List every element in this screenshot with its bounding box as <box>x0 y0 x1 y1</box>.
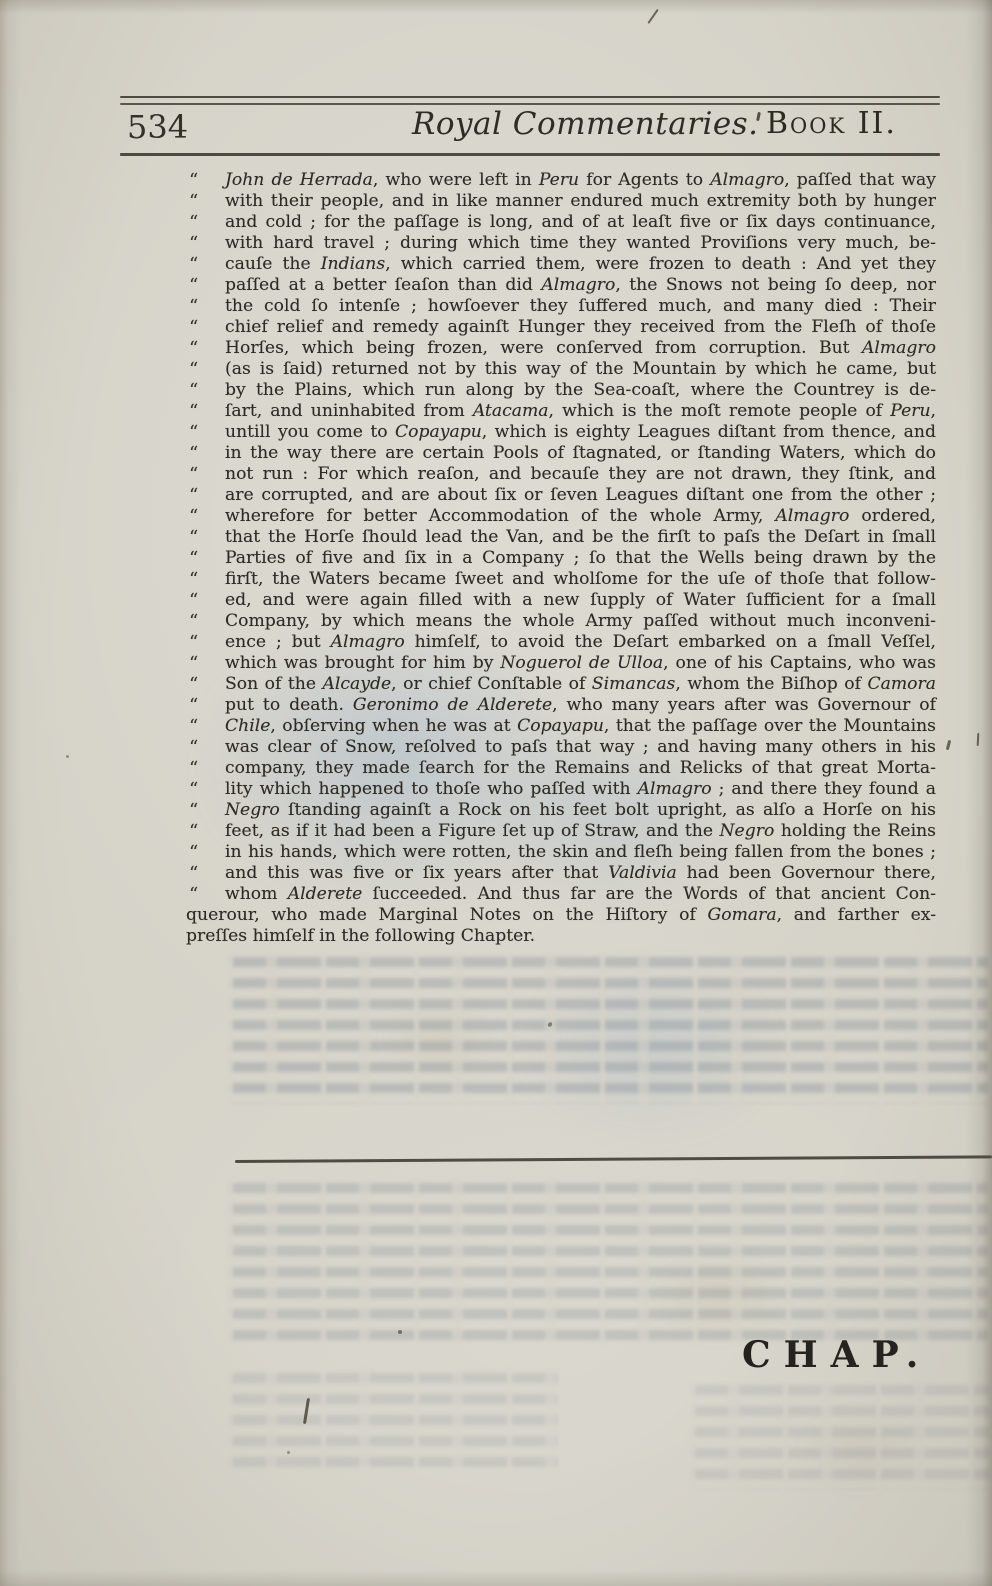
quote-mark: “ <box>186 443 225 464</box>
line-text: feet, as if it had been a Figure ſet up … <box>225 821 936 842</box>
quote-mark: “ <box>186 758 225 779</box>
quote-mark: “ <box>186 590 225 611</box>
text-line: “cauſe the Indians, which carried them, … <box>186 254 936 275</box>
line-text: ed, and were again filled with a new ſup… <box>225 590 936 611</box>
quote-mark: “ <box>186 674 225 695</box>
text-line: “with their people, and in like manner e… <box>186 191 936 212</box>
quote-mark: “ <box>186 842 225 863</box>
line-text: Negro ſtanding againſt a Rock on his fee… <box>225 800 936 821</box>
ink-speck <box>547 1021 553 1027</box>
line-text: with hard travel ; during which time the… <box>225 233 936 254</box>
text-line: “that the Horſe ſhould lead the Van, and… <box>186 527 936 548</box>
quote-mark: “ <box>186 191 225 212</box>
text-line: “and this was five or ſix years after th… <box>186 863 936 884</box>
bleed-through-text <box>228 1368 558 1468</box>
line-text: company, they made ſearch for the Remain… <box>225 758 936 779</box>
quote-mark: “ <box>186 737 225 758</box>
book-label: Book II. <box>766 106 897 141</box>
quote-mark: “ <box>186 527 225 548</box>
quote-mark: “ <box>186 170 225 191</box>
line-text: ence ; but Almagro himſelf, to avoid the… <box>225 632 936 653</box>
ink-mark <box>977 733 980 746</box>
text-line: “in the way there are certain Pools of ſ… <box>186 443 936 464</box>
text-line: “was clear of Snow, reſolved to paſs tha… <box>186 737 936 758</box>
text-line: “and cold ; for the paſſage is long, and… <box>186 212 936 233</box>
quote-mark: “ <box>186 359 225 380</box>
quote-mark: “ <box>186 821 225 842</box>
quote-mark: “ <box>186 695 225 716</box>
quote-mark: “ <box>186 317 225 338</box>
ink-speck <box>398 1330 402 1334</box>
quote-mark: “ <box>186 254 225 275</box>
bleed-through-text <box>690 1380 990 1490</box>
line-text: not run : For which reaſon, and becauſe … <box>225 464 936 485</box>
line-text: chief relief and remedy againſt Hunger t… <box>225 317 936 338</box>
text-line: “in his hands, which were rotten, the sk… <box>186 842 936 863</box>
quote-mark: “ <box>186 569 225 590</box>
quote-mark: “ <box>186 548 225 569</box>
catchword: CHAP. <box>742 1334 931 1376</box>
paper-stain <box>380 1000 500 1080</box>
quote-mark: “ <box>186 716 225 737</box>
line-text: in the way there are certain Pools of ſt… <box>225 443 936 464</box>
quote-mark: “ <box>186 653 225 674</box>
section-rule <box>235 1155 992 1163</box>
pen-mark <box>647 9 659 24</box>
header-top-rule <box>120 96 940 98</box>
text-line: “wherefore for better Accommodation of t… <box>186 506 936 527</box>
bleed-through-text <box>228 952 988 1104</box>
quote-mark: “ <box>186 863 225 884</box>
line-text: querour, who made Marginal Notes on the … <box>186 905 936 926</box>
quote-mark: “ <box>186 506 225 527</box>
text-line: “paſſed at a better ſeaſon than did Alma… <box>186 275 936 296</box>
pen-mark <box>303 1398 310 1424</box>
text-line: “ence ; but Almagro himſelf, to avoid th… <box>186 632 936 653</box>
library-stamp-showthrough <box>520 960 780 1140</box>
text-line: “Company, by which means the whole Army … <box>186 611 936 632</box>
line-text: the cold ſo intenſe ; howſoever they ſuf… <box>225 296 936 317</box>
text-line: “company, they made ſearch for the Remai… <box>186 758 936 779</box>
line-text: Horſes, which being frozen, were conſerv… <box>225 338 936 359</box>
line-text: Chile, obſerving when he was at Copayapu… <box>225 716 936 737</box>
text-line: “lity which happened to thoſe who paſſed… <box>186 779 936 800</box>
quote-mark: “ <box>186 296 225 317</box>
text-line: “whom Alderete ſucceeded. And thus far a… <box>186 884 936 905</box>
header-bottom-rule <box>120 153 940 156</box>
text-line: “firſt, the Waters became ſweet and whol… <box>186 569 936 590</box>
line-text: ſart, and uninhabited from Atacama, whic… <box>225 401 936 422</box>
line-text: and cold ; for the paſſage is long, and … <box>225 212 936 233</box>
quote-mark: “ <box>186 401 225 422</box>
header-top-rule-second <box>120 103 940 105</box>
quote-mark: “ <box>186 233 225 254</box>
line-text: cauſe the Indians, which carried them, w… <box>225 254 936 275</box>
text-line: preſſes himſelf in the following Chapter… <box>186 926 936 947</box>
line-text: firſt, the Waters became ſweet and wholſ… <box>225 569 936 590</box>
paper-stain <box>650 1250 790 1340</box>
text-line: “(as is ſaid) returned not by this way o… <box>186 359 936 380</box>
line-text: untill you come to Copayapu, which is ei… <box>225 422 936 443</box>
line-text: which was brought for him by Noguerol de… <box>225 653 936 674</box>
quote-mark: “ <box>186 779 225 800</box>
text-line: “chief relief and remedy againſt Hunger … <box>186 317 936 338</box>
line-text: Company, by which means the whole Army p… <box>225 611 936 632</box>
text-line: “with hard travel ; during which time th… <box>186 233 936 254</box>
text-line: “untill you come to Copayapu, which is e… <box>186 422 936 443</box>
text-line: “Chile, obſerving when he was at Copayap… <box>186 716 936 737</box>
text-line: “Negro ſtanding againſt a Rock on his fe… <box>186 800 936 821</box>
quote-mark: “ <box>186 611 225 632</box>
line-text: put to death. Geronimo de Alderete, who … <box>225 695 936 716</box>
page-number: 534 <box>127 108 188 146</box>
bleed-through-text <box>228 1178 988 1343</box>
line-text: Parties of five and ſix in a Company ; ſ… <box>225 548 936 569</box>
running-title: Royal Commentaries. <box>412 106 759 142</box>
text-line: querour, who made Marginal Notes on the … <box>186 905 936 926</box>
quote-mark: “ <box>186 884 225 905</box>
book-page: 534 Royal Commentaries. Book II. “John d… <box>0 0 992 1586</box>
line-text: John de Herrada, who were left in Peru f… <box>225 170 936 191</box>
quote-mark: “ <box>186 632 225 653</box>
text-line: “are corrupted, and are about ſix or ſev… <box>186 485 936 506</box>
line-text: was clear of Snow, reſolved to paſs that… <box>225 737 936 758</box>
line-text: that the Horſe ſhould lead the Van, and … <box>225 527 936 548</box>
quote-mark: “ <box>186 800 225 821</box>
line-text: and this was five or ſix years after tha… <box>225 863 936 884</box>
text-line: “ed, and were again filled with a new ſu… <box>186 590 936 611</box>
line-text: in his hands, which were rotten, the ski… <box>225 842 936 863</box>
line-text: whom Alderete ſucceeded. And thus far ar… <box>225 884 936 905</box>
quote-mark: “ <box>186 275 225 296</box>
text-line: “the cold ſo intenſe ; howſoever they ſu… <box>186 296 936 317</box>
text-block: “John de Herrada, who were left in Peru … <box>186 170 936 947</box>
quote-mark: “ <box>186 485 225 506</box>
text-line: “feet, as if it had been a Figure ſet up… <box>186 821 936 842</box>
line-text: by the Plains, which run along by the Se… <box>225 380 936 401</box>
line-text: wherefore for better Accommodation of th… <box>225 506 936 527</box>
text-line: “not run : For which reaſon, and becauſe… <box>186 464 936 485</box>
text-line: “which was brought for him by Noguerol d… <box>186 653 936 674</box>
text-line: “ſart, and uninhabited from Atacama, whi… <box>186 401 936 422</box>
ink-speck <box>287 1451 290 1454</box>
quote-mark: “ <box>186 380 225 401</box>
line-text: lity which happened to thoſe who paſſed … <box>225 779 936 800</box>
line-text: (as is ſaid) returned not by this way of… <box>225 359 936 380</box>
text-line: “Son of the Alcayde, or chief Conſtable … <box>186 674 936 695</box>
text-line: “Parties of five and ſix in a Company ; … <box>186 548 936 569</box>
ink-mark <box>946 740 951 750</box>
line-text: Son of the Alcayde, or chief Conſtable o… <box>225 674 936 695</box>
ink-speck <box>66 755 69 758</box>
quote-mark: “ <box>186 212 225 233</box>
text-line: “by the Plains, which run along by the S… <box>186 380 936 401</box>
quote-mark: “ <box>186 338 225 359</box>
quote-mark: “ <box>186 464 225 485</box>
line-text: with their people, and in like manner en… <box>225 191 936 212</box>
paper-stain <box>800 1410 920 1490</box>
line-text: preſſes himſelf in the following Chapter… <box>186 926 936 947</box>
quote-mark: “ <box>186 422 225 443</box>
line-text: paſſed at a better ſeaſon than did Almag… <box>225 275 936 296</box>
text-line: “put to death. Geronimo de Alderete, who… <box>186 695 936 716</box>
line-text: are corrupted, and are about ſix or ſeve… <box>225 485 936 506</box>
text-line: “Horſes, which being frozen, were conſer… <box>186 338 936 359</box>
text-line: “John de Herrada, who were left in Peru … <box>186 170 936 191</box>
